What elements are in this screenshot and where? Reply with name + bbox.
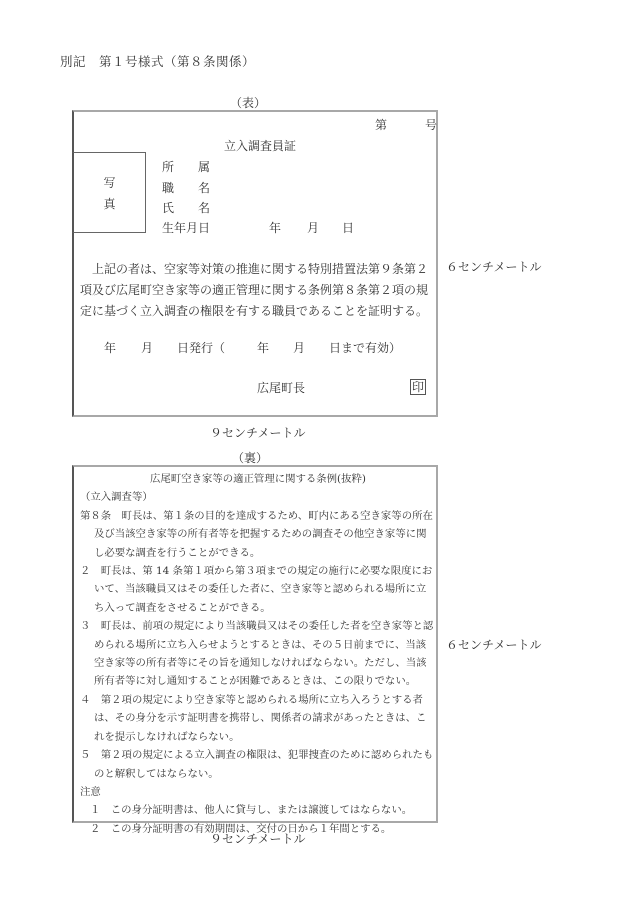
article-8-para-4: ４ 第２項の規定により空き家等と認められる場所に立ち入ろうとする者は、その身分を… bbox=[80, 691, 436, 746]
back-side-label: （裏） bbox=[232, 449, 268, 466]
front-width-label: ９センチメートル bbox=[210, 424, 306, 441]
field-affiliation: 所属 bbox=[162, 158, 210, 175]
article-8-para-5: ５ 第２項の規定による立入調査の権限は、犯罪捜査のために認められたものと解釈して… bbox=[80, 746, 436, 783]
section-caption: （立入調査等） bbox=[80, 488, 436, 506]
ordinance-title: 広尾町空き家等の適正管理に関する条例(抜粋) bbox=[80, 470, 436, 488]
number-label-go: 号 bbox=[425, 116, 437, 133]
article-8-para-2: ２ 町長は、第 14 条第１項から第３項までの規定の施行に必要な限度において、当… bbox=[80, 562, 436, 617]
article-8: 第８条 町長は、第１条の目的を達成するため、町内にある空き家等の所在及び当該空き… bbox=[80, 507, 436, 562]
photo-area: 写 真 bbox=[72, 152, 146, 233]
note-1: １ この身分証明書は、他人に貸与し、または譲渡してはならない。 bbox=[80, 801, 436, 819]
field-position: 職名 bbox=[162, 179, 210, 196]
front-height-label: ６センチメートル bbox=[446, 258, 542, 275]
form-heading: 別記 第１号様式（第８条関係） bbox=[60, 52, 255, 70]
id-card-front: 第 号 立入調査員証 写 真 所属 職名 氏名 生年月日 年 月 日 上記の者は… bbox=[72, 110, 438, 417]
issuer: 広尾町長 bbox=[257, 379, 305, 396]
article-8-para-3: ３ 町長は、前項の規定により当該職員又はその委任した者を空き家等と認められる場所… bbox=[80, 617, 436, 691]
back-width-label: ９センチメートル bbox=[210, 830, 306, 847]
certification-text: 上記の者は、空家等対策の推進に関する特別措置法第９条第２項及び広尾町空き家等の適… bbox=[80, 259, 436, 322]
notes-title: 注意 bbox=[80, 783, 436, 801]
seal-mark: 印 bbox=[410, 379, 426, 395]
photo-label-2: 真 bbox=[103, 195, 115, 212]
field-name: 氏名 bbox=[162, 199, 210, 216]
ordinance-excerpt: 広尾町空き家等の適正管理に関する条例(抜粋) （立入調査等） 第８条 町長は、第… bbox=[80, 470, 436, 838]
field-birthdate: 生年月日 年 月 日 bbox=[162, 219, 210, 236]
id-card-back: 広尾町空き家等の適正管理に関する条例(抜粋) （立入調査等） 第８条 町長は、第… bbox=[72, 465, 438, 823]
back-height-label: ６センチメートル bbox=[446, 636, 542, 653]
front-side-label: （表） bbox=[230, 94, 266, 111]
photo-label-1: 写 bbox=[103, 174, 115, 191]
card-title: 立入調査員証 bbox=[224, 137, 296, 154]
number-label-dai: 第 bbox=[375, 116, 387, 133]
